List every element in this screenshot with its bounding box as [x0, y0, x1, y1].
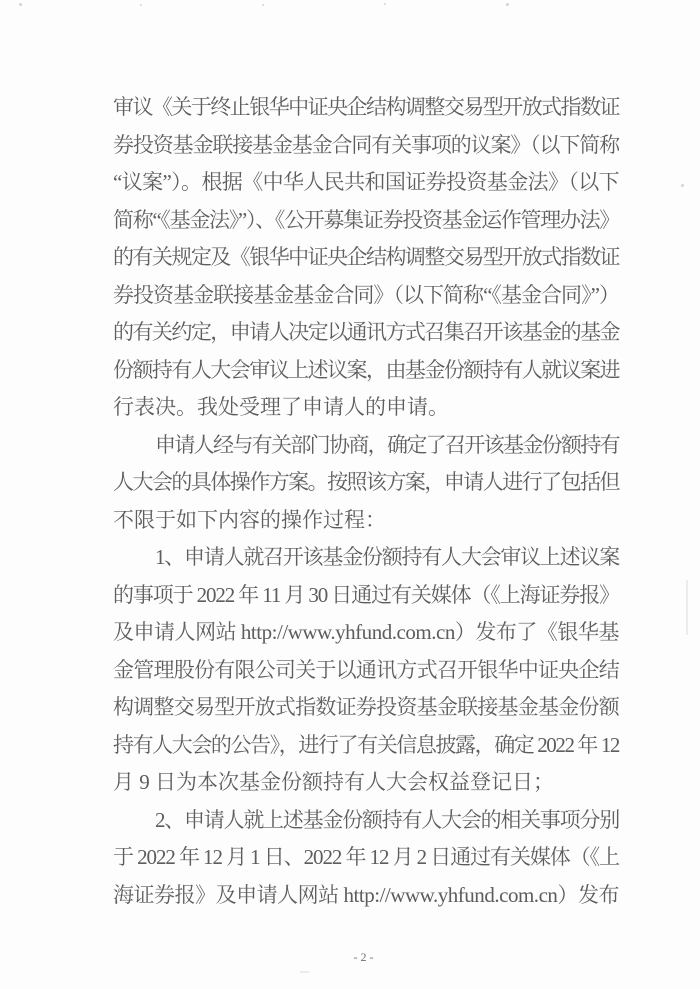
- text-line-text: 于 2022 年 12 月 1 日、2022 年 12 月 2 日通过有关媒体（…: [113, 845, 619, 869]
- text-line: 1、申请人就召开该基金份额持有人大会审议上述议案: [113, 539, 619, 577]
- scan-speck: [262, 4, 264, 6]
- text-line: 的有关约定，申请人决定以通讯方式召集召开该基金的基金: [113, 314, 619, 352]
- text-line: 人大会的具体操作方案。按照该方案，申请人进行了包括但: [113, 464, 619, 502]
- text-line-text: 的有关规定及《银华中证央企结构调整交易型开放式指数证: [113, 245, 619, 269]
- scan-speck: [384, 3, 386, 5]
- text-line-text: 券投资基金联接基金基金合同》（以下简称“《基金合同》”）: [113, 283, 619, 307]
- scan-speck: [19, 3, 22, 6]
- text-line: 审议《关于终止银华中证央企结构调整交易型开放式指数证: [113, 89, 619, 127]
- text-line: 及申请人网站 http://www.yhfund.com.cn）发布了《银华基: [113, 614, 619, 652]
- page-number: -2-: [0, 950, 700, 965]
- text-line: 份额持有人大会审议上述议案，由基金份额持有人就议案进: [113, 352, 619, 390]
- text-line: 的事项于 2022 年 11 月 30 日通过有关媒体（《上海证券报》: [113, 577, 619, 615]
- text-line-text: 的有关约定，申请人决定以通讯方式召集召开该基金的基金: [113, 320, 619, 344]
- text-line-text: 份额持有人大会审议上述议案，由基金份额持有人就议案进: [113, 358, 619, 382]
- text-line: 简称“《基金法》”）、《公开募集证券投资基金运作管理办法》: [113, 202, 619, 240]
- text-line: 券投资基金联接基金基金合同有关事项的议案》（以下简称: [113, 127, 619, 165]
- text-line-text: “议案”）。根据《中华人民共和国证券投资基金法》（以下: [113, 170, 619, 194]
- text-line-text: 持有人大会的公告》，进行了有关信息披露，确定 2022 年 12: [113, 733, 619, 757]
- text-line-text: 海证券报》及申请人网站 http://www.yhfund.com.cn）发布: [113, 883, 619, 907]
- text-line-text: 审议《关于终止银华中证央企结构调整交易型开放式指数证: [113, 95, 619, 119]
- text-line-text: 券投资基金联接基金基金合同有关事项的议案》（以下简称: [113, 133, 619, 157]
- text-line-text: 人大会的具体操作方案。按照该方案，申请人进行了包括但: [113, 470, 619, 494]
- scan-speck: [506, 3, 509, 6]
- text-line: 构调整交易型开放式指数证券投资基金联接基金基金份额: [113, 689, 619, 727]
- text-line: 持有人大会的公告》，进行了有关信息披露，确定 2022 年 12: [113, 727, 619, 765]
- text-line-text: 简称“《基金法》”）、《公开募集证券投资基金运作管理办法》: [113, 208, 619, 232]
- scan-speck: [140, 4, 142, 6]
- text-line: 月 9 日为本次基金份额持有人大会权益登记日；: [113, 764, 619, 802]
- text-line-text: 行表决。我处受理了申请人的申请。: [113, 395, 449, 419]
- text-line-text: 的事项于 2022 年 11 月 30 日通过有关媒体（《上海证券报》: [113, 583, 619, 607]
- text-line: “议案”）。根据《中华人民共和国证券投资基金法》（以下: [113, 164, 619, 202]
- text-line-text: 2、申请人就上述基金份额持有人大会的相关事项分别: [155, 808, 619, 832]
- text-line: 2、申请人就上述基金份额持有人大会的相关事项分别: [113, 802, 619, 840]
- text-line: 行表决。我处受理了申请人的申请。: [113, 389, 619, 427]
- text-line: 于 2022 年 12 月 1 日、2022 年 12 月 2 日通过有关媒体（…: [113, 839, 619, 877]
- text-line: 的有关规定及《银华中证央企结构调整交易型开放式指数证: [113, 239, 619, 277]
- text-line: 海证券报》及申请人网站 http://www.yhfund.com.cn）发布: [113, 877, 619, 915]
- text-line-text: 不限于如下内容的操作过程：: [113, 508, 386, 532]
- document-page: 审议《关于终止银华中证央企结构调整交易型开放式指数证 券投资基金联接基金基金合同…: [0, 0, 700, 989]
- text-line: 金管理股份有限公司关于以通讯方式召开银华中证央企结: [113, 652, 619, 690]
- text-line-text: 月 9 日为本次基金份额持有人大会权益登记日；: [113, 770, 554, 794]
- text-line: 券投资基金联接基金基金合同》（以下简称“《基金合同》”）: [113, 277, 619, 315]
- body-text: 审议《关于终止银华中证央企结构调整交易型开放式指数证 券投资基金联接基金基金合同…: [113, 89, 619, 914]
- text-line-text: 金管理股份有限公司关于以通讯方式召开银华中证央企结: [113, 658, 619, 682]
- text-line-text: 申请人经与有关部门协商，确定了召开该基金份额持有: [155, 433, 619, 457]
- scan-speck: [681, 184, 684, 187]
- text-line-text: 及申请人网站 http://www.yhfund.com.cn）发布了《银华基: [113, 620, 619, 644]
- text-line: 不限于如下内容的操作过程：: [113, 502, 619, 540]
- scan-smudge: [300, 971, 309, 973]
- text-line-text: 构调整交易型开放式指数证券投资基金联接基金基金份额: [113, 695, 619, 719]
- scan-smudge: [686, 580, 688, 635]
- text-line-text: 1、申请人就召开该基金份额持有人大会审议上述议案: [155, 545, 619, 569]
- text-line: 申请人经与有关部门协商，确定了召开该基金份额持有: [113, 427, 619, 465]
